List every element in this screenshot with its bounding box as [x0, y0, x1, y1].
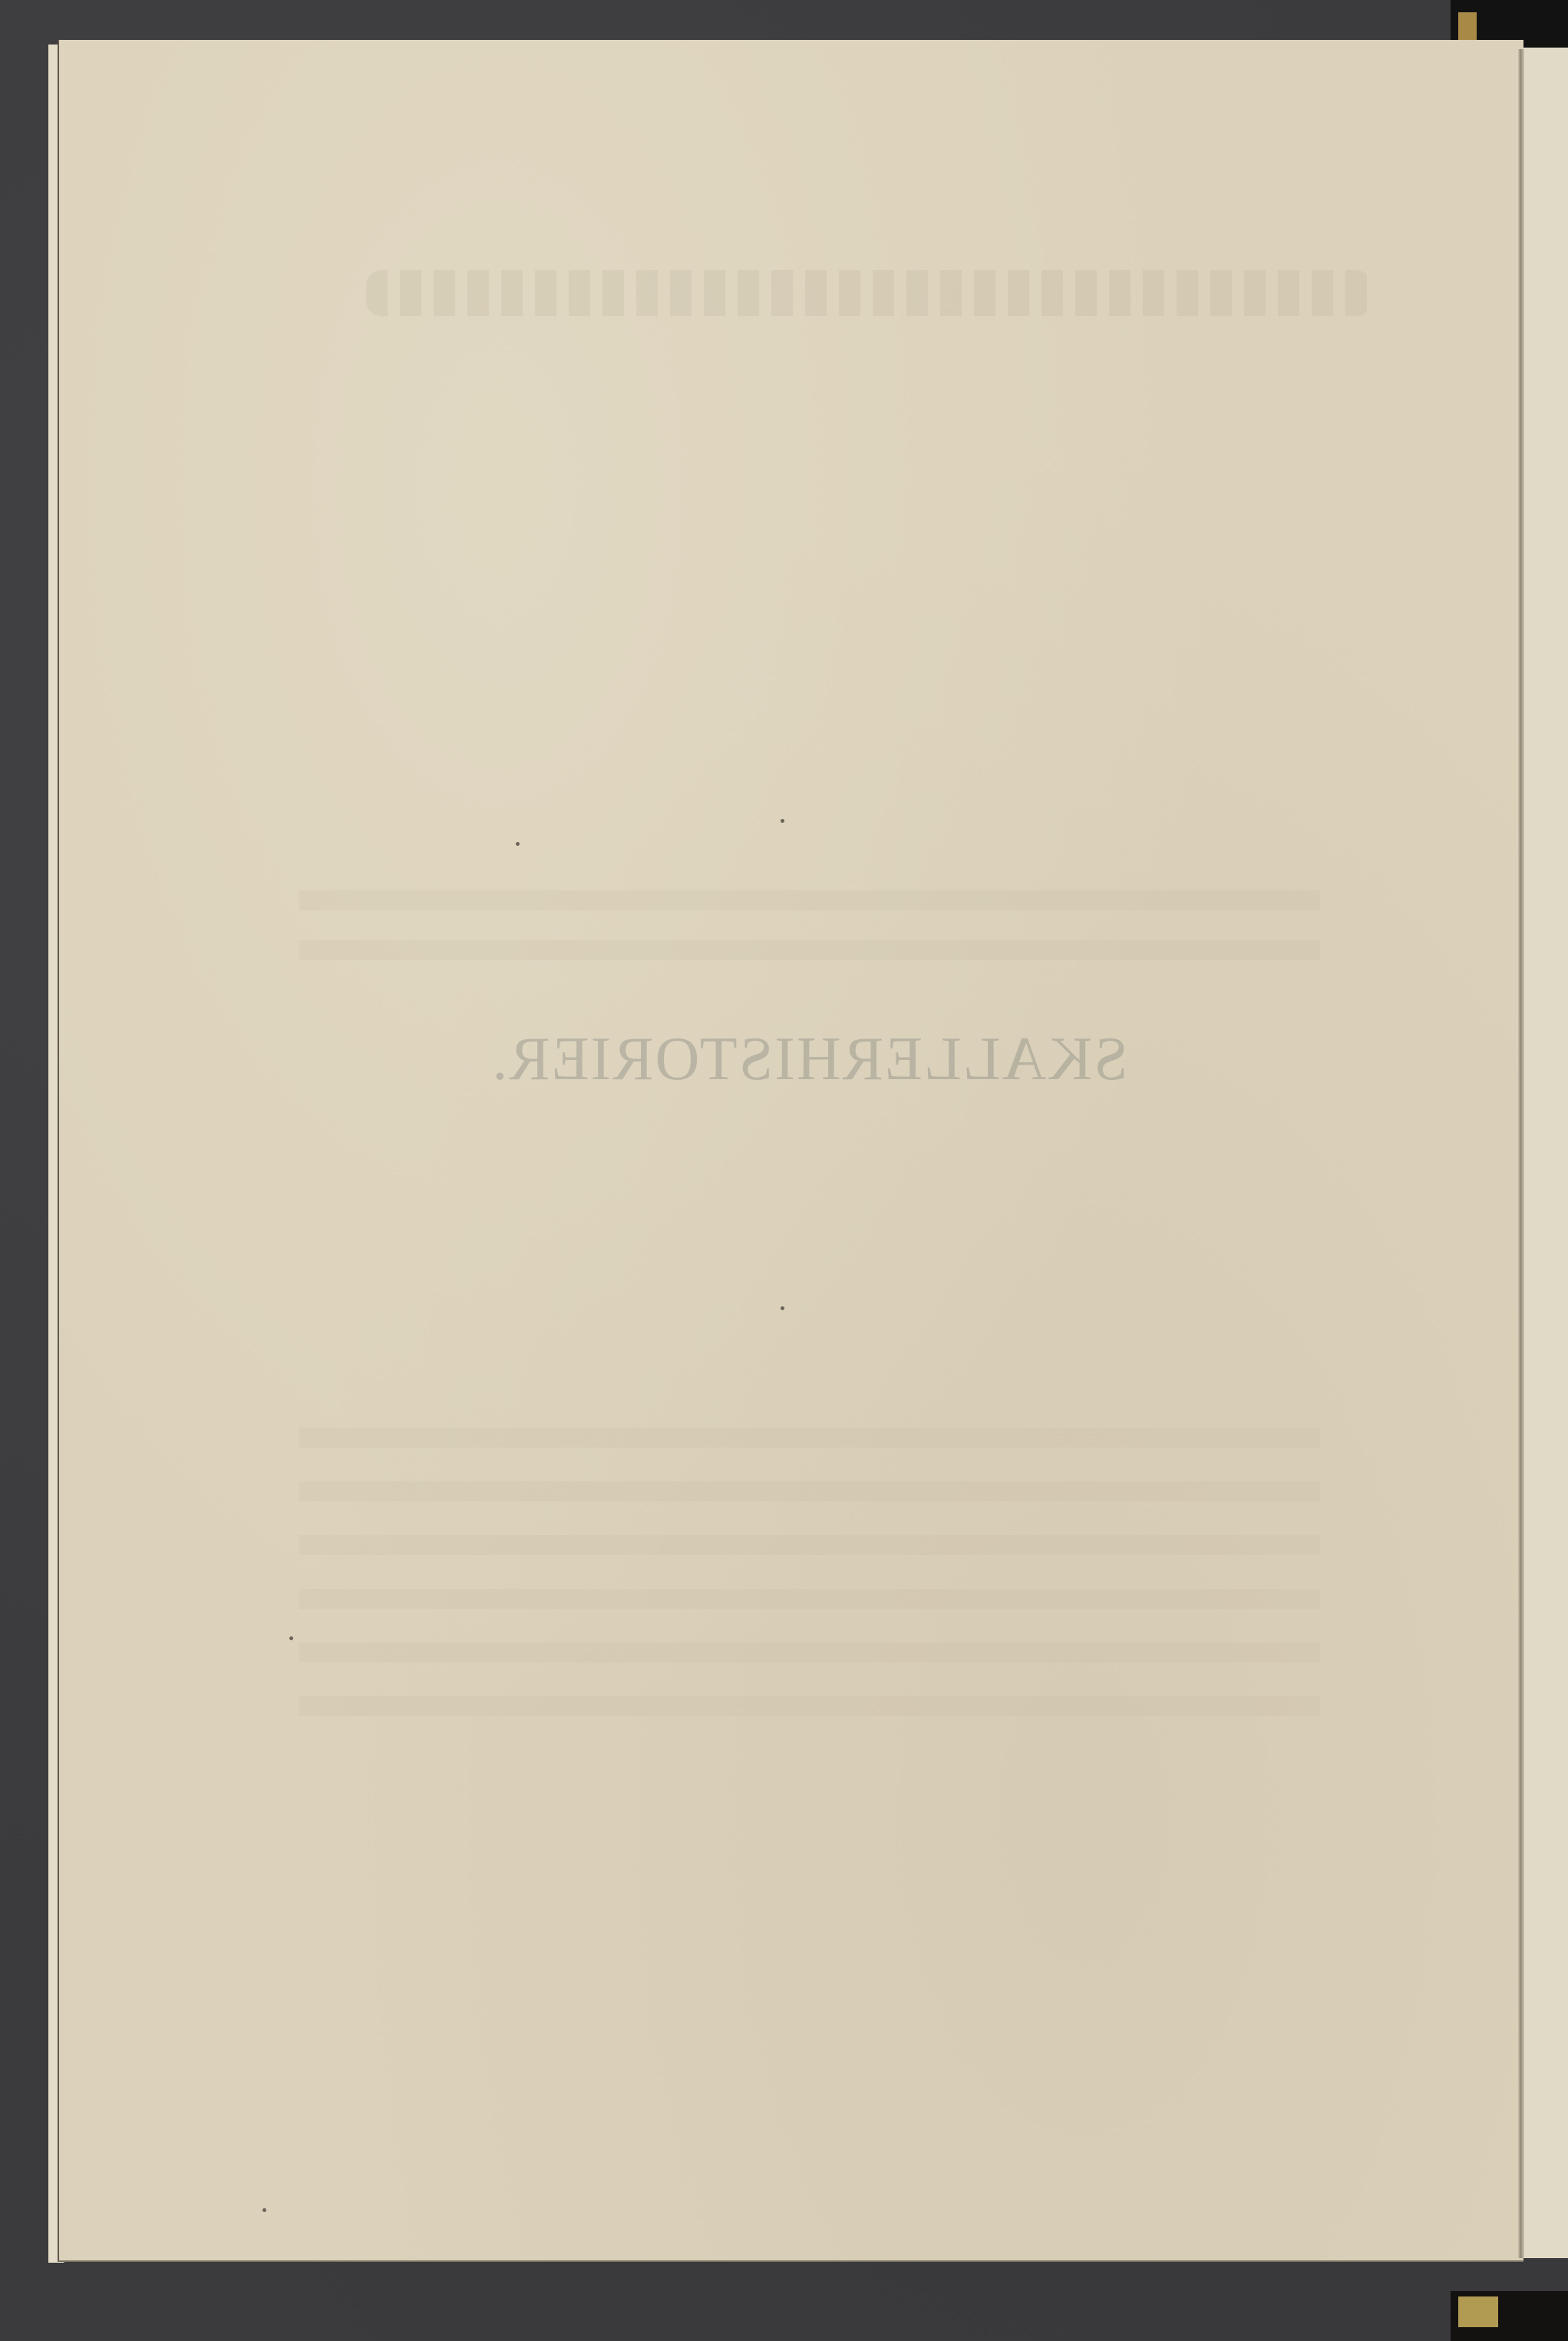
- paper-speck: [781, 1306, 784, 1310]
- facing-leaf: [1523, 48, 1568, 2258]
- gutter: [1518, 49, 1524, 2258]
- ornament-bleed-through: [366, 270, 1372, 316]
- text-bleed-through: [299, 940, 1320, 960]
- paper-speck: [289, 1636, 293, 1640]
- headband-bottom: [1458, 2296, 1498, 2327]
- paper-speck: [516, 842, 520, 846]
- text-bleed-through: [299, 890, 1320, 910]
- text-bleed-through: [299, 1428, 1320, 1448]
- text-bleed-through: [299, 1643, 1320, 1662]
- paper-speck: [781, 819, 784, 823]
- paper-speck: [262, 2208, 266, 2212]
- text-bleed-through: [299, 1696, 1320, 1716]
- text-bleed-through: [299, 1481, 1320, 1501]
- text-bleed-through: [299, 1589, 1320, 1609]
- title-bleed-through: SKALLERHISTORIER.: [25, 1025, 1568, 1095]
- book-page: [58, 40, 1523, 2262]
- text-bleed-through: [299, 1535, 1320, 1555]
